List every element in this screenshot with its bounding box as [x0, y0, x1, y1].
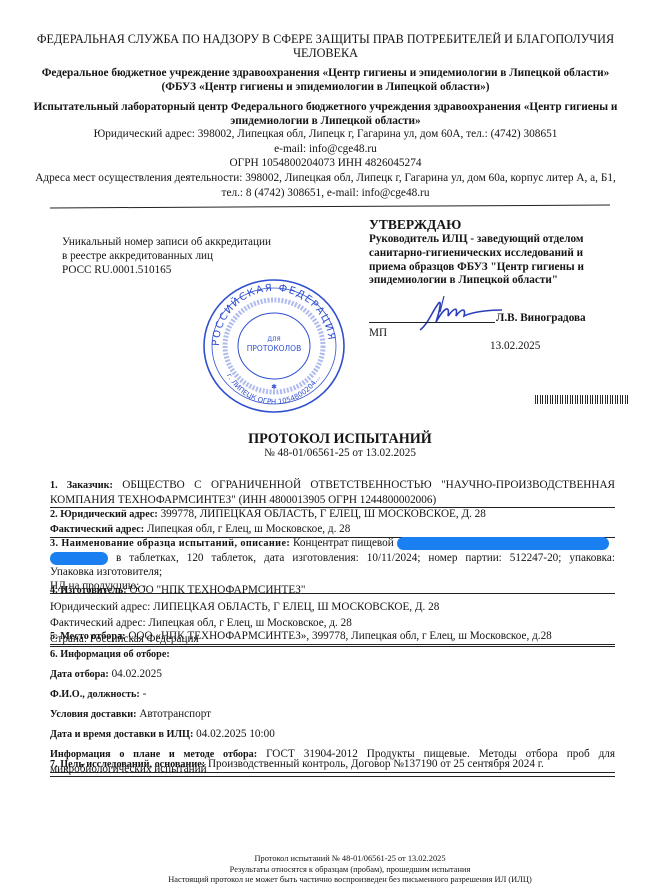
institution-line-2: (ФБУЗ «Центр гигиены и эпидемиологии в Л…: [10, 80, 641, 94]
sampling-place-value: ООО «НПК ТЕХНОФАРМСИНТЕЗ», 399778, Липец…: [128, 630, 551, 642]
manufacturer-label: 4. Изготовитель:: [50, 585, 127, 596]
legal-address-value: 399778, ЛИПЕЦКАЯ ОБЛАСТЬ, Г ЕЛЕЦ, Ш МОСК…: [161, 508, 486, 520]
fio-value: -: [143, 688, 147, 700]
signer-name: Л.В. Виноградова: [496, 312, 586, 324]
stamp-icon: РОССИЙСКАЯ ФЕДЕРАЦИЯ ЛИПЕЦКАЯ ОБЛАСТЬ г.…: [199, 277, 349, 415]
manufacturer-name: ООО "НПК ТЕХНОФАРМСИНТЕЗ": [129, 584, 305, 596]
page-footer: Протокол испытаний № 48-01/06561-25 от 1…: [150, 854, 550, 886]
signature-line: [369, 322, 495, 323]
sampling-place-label: 5. Место отбора:: [50, 631, 126, 642]
customer-name-line-1: ОБЩЕСТВО С ОГРАНИЧЕННОЙ ОТВЕТСТВЕННОСТЬЮ…: [122, 479, 615, 491]
stamp-center-line-2: ПРОТОКОЛОВ: [247, 344, 301, 353]
accreditation-line-1: Уникальный номер записи об аккредитации: [62, 236, 302, 250]
fio-label: Ф.И.О., должность:: [50, 689, 140, 700]
sample-label: 3. Наименование образца испытаний, описа…: [50, 538, 290, 549]
accreditation-number: РОСС RU.0001.510165: [62, 264, 302, 278]
sampling-date-label: Дата отбора:: [50, 669, 109, 680]
delivery-time-label: Дата и время доставки в ИЛЦ:: [50, 729, 193, 740]
ogrn-inn: ОГРН 1054800204073 ИНН 4826045274: [30, 156, 621, 171]
institution-name: Федеральное бюджетное учреждение здравоо…: [10, 66, 641, 94]
approval-date: 13.02.2025: [490, 340, 540, 352]
delivery-conditions-label: Условия доставки:: [50, 709, 137, 720]
sample-packaging: Упаковка изготовителя;: [50, 565, 615, 579]
redaction-block: [50, 552, 108, 565]
section-purpose: 7. Цель исследований, основание: Произво…: [50, 757, 615, 773]
purpose-value: Производственный контроль, Договор №1371…: [208, 758, 544, 770]
actual-address-label: Фактический адрес:: [50, 524, 144, 535]
delivery-time-value: 04.02.2025 10:00: [196, 728, 275, 740]
section-addresses: 2. Юридический адрес: 399778, ЛИПЕЦКАЯ О…: [50, 507, 615, 538]
stamp-center-line-1: ДЛЯ: [267, 336, 280, 343]
accreditation-block: Уникальный номер записи об аккредитации …: [62, 236, 302, 277]
signature-icon: [410, 294, 505, 334]
lab-contacts: Юридический адрес: 398002, Липецкая обл,…: [30, 127, 621, 171]
protocol-title: ПРОТОКОЛ ИСПЫТАНИЙ: [180, 431, 500, 447]
customer-name-line-2: КОМПАНИЯ ТЕХНОФАРМСИНТЕЗ" (ИНН 480001390…: [50, 493, 615, 507]
approval-title: УТВЕРЖДАЮ: [369, 217, 619, 233]
purpose-label: 7. Цель исследований, основание:: [50, 759, 205, 770]
manufacturer-actual-address: Фактический адрес: Липецкая обл, г Елец,…: [50, 616, 615, 630]
redaction-block: [397, 537, 609, 550]
section-customer: 1. Заказчик: ОБЩЕСТВО С ОГРАНИЧЕННОЙ ОТВ…: [50, 478, 615, 508]
footer-protocol-ref: Протокол испытаний № 48-01/06561-25 от 1…: [150, 854, 550, 865]
actual-address-value: Липецкая обл, г Елец, ш Московское, д. 2…: [147, 523, 350, 535]
manufacturer-legal-address: Юридический адрес: ЛИПЕЦКАЯ ОБЛАСТЬ, Г Е…: [50, 600, 615, 614]
footer-reproduction-note: Настоящий протокол не может быть частичн…: [150, 875, 550, 886]
agency-name: ФЕДЕРАЛЬНАЯ СЛУЖБА ПО НАДЗОРУ В СФЕРЕ ЗА…: [30, 32, 621, 60]
customer-label: 1. Заказчик:: [50, 480, 113, 491]
approval-position: Руководитель ИЛЦ - заведующий отделом са…: [369, 233, 619, 288]
header-divider: [50, 205, 610, 209]
section-sampling-place: 5. Место отбора: ООО «НПК ТЕХНОФАРМСИНТЕ…: [50, 629, 615, 645]
seal-label: МП: [369, 327, 387, 339]
activity-addresses: Адреса мест осуществления деятельности: …: [30, 171, 621, 200]
footer-results-note: Результаты относятся к образцам (пробам)…: [150, 865, 550, 876]
barcode: [535, 395, 630, 404]
protocol-number: № 48-01/06561-25 от 13.02.2025: [180, 447, 500, 459]
legal-address-label: 2. Юридический адрес:: [50, 509, 158, 520]
institution-line-1: Федеральное бюджетное учреждение здравоо…: [10, 66, 641, 80]
email: e-mail: info@cge48.ru: [30, 142, 621, 157]
legal-address: Юридический адрес: 398002, Липецкая обл,…: [30, 127, 621, 142]
sampling-date-value: 04.02.2025: [112, 668, 162, 680]
sample-description-start: Концентрат пищевой: [293, 537, 394, 549]
lab-center-name: Испытательный лабораторный центр Федерал…: [30, 100, 621, 128]
accreditation-line-2: в реестре аккредитованных лиц: [62, 250, 302, 264]
approval-block: УТВЕРЖДАЮ Руководитель ИЛЦ - заведующий …: [369, 217, 619, 288]
delivery-conditions-value: Автотранспорт: [139, 708, 211, 720]
sampling-info-label: 6. Информация об отборе:: [50, 649, 170, 660]
sample-description-line-2: в таблетках, 120 таблеток, дата изготовл…: [116, 552, 615, 564]
svg-text:✱: ✱: [271, 383, 277, 391]
